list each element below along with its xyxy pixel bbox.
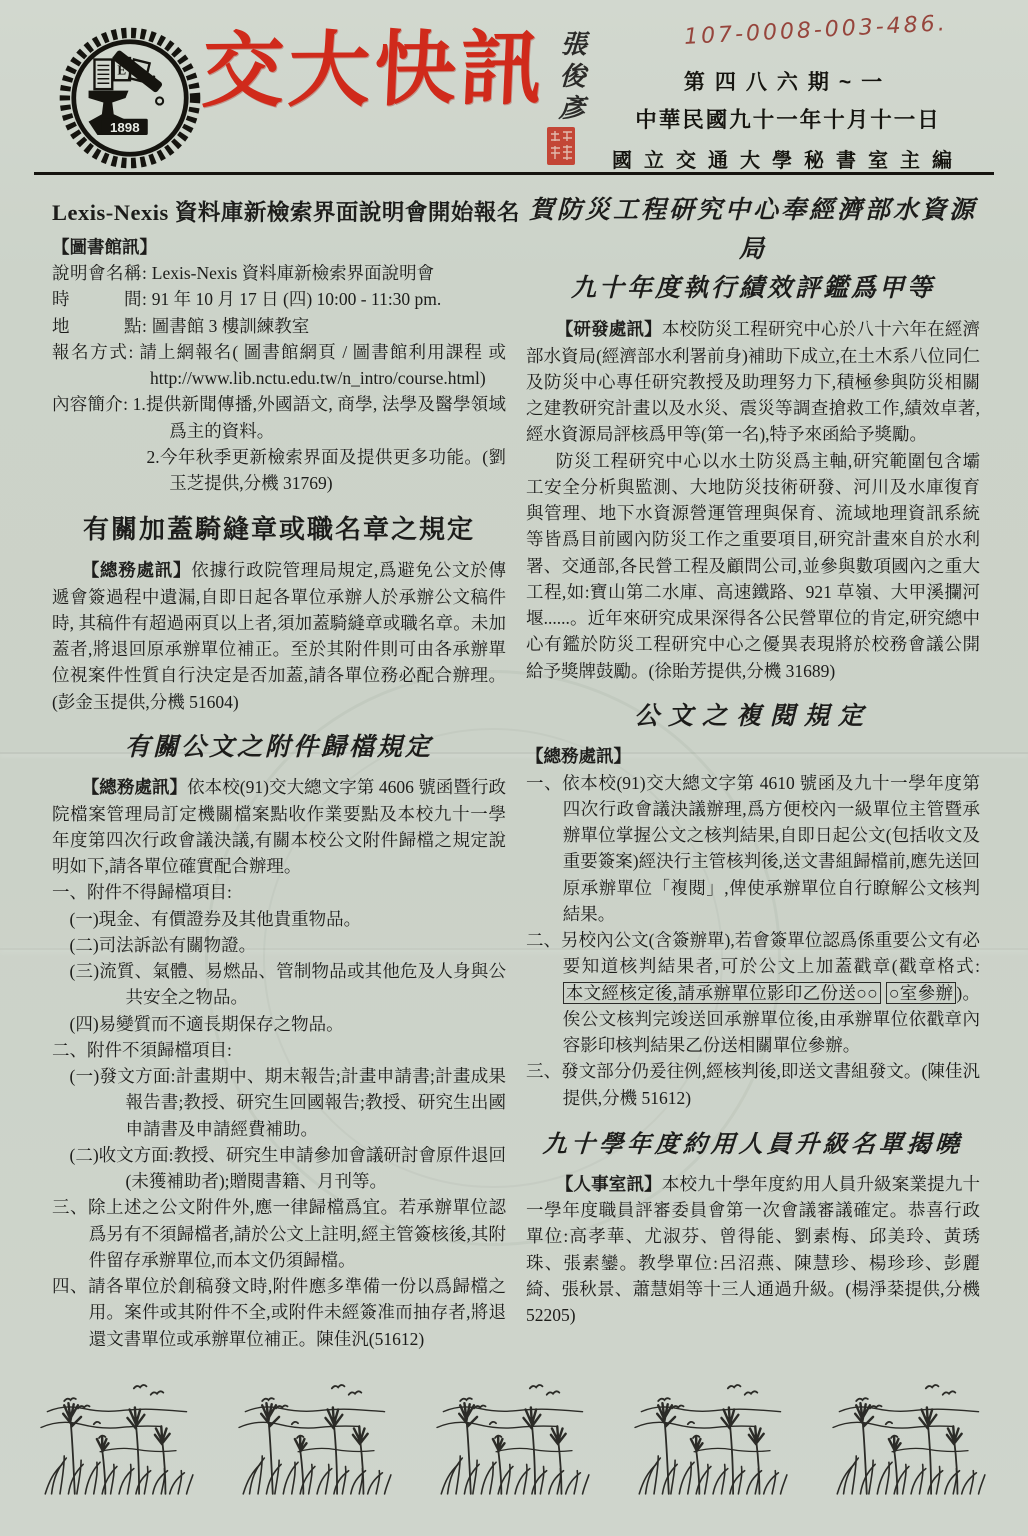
newsletter-page: E S A 1898 交大快訊 張俊彥 1 — [0, 0, 1028, 1536]
reeds-birds-illustration — [628, 1380, 796, 1496]
masthead-header: E S A 1898 交大快訊 張俊彥 1 — [0, 0, 1028, 190]
article-intro: 【總務處訊】依本校(91)交大總文字第 4606 號函暨行政院檔案管理局訂定機關… — [52, 774, 506, 879]
article-staff-promotion-list: 九十學年度約用人員升級名單揭曉 【人事室訊】本校九十學年度約用人員升級案業提九十… — [526, 1127, 980, 1329]
field-registration: 報名方式: 請上網報名( 圖書館網頁 / 圖書館利用課程 或 http://ww… — [52, 339, 506, 392]
article-paragraph: 防災工程研究中心以水土防災爲主軸,研究範圍包含壩工安全分析與監測、大地防災技術研… — [526, 448, 980, 684]
article-body: 【人事室訊】本校九十學年度約用人員升級案業提九十一學年度職員評審委員會第一次會議… — [526, 1171, 980, 1329]
list-item: (二)收文方面:教授、研究生申請參加會議研討會原件退回(未獲補助者);贈閱書籍、… — [52, 1142, 506, 1195]
field-label: 說明會名稱: — [52, 263, 147, 283]
list-item: 二、附件不須歸檔項目: — [52, 1037, 506, 1063]
publisher-line: 國立交通大學秘書室主編 — [578, 144, 998, 173]
list-item: 一、附件不得歸檔項目: — [52, 879, 506, 905]
article-source: 【研發處訊】 — [556, 319, 662, 339]
field-value: 2.今年秋季更新檢索界面及提供更多功能。(劉玉芝提供,分機 31769) — [147, 447, 507, 493]
article-source: 【總務處訊】 — [82, 560, 192, 580]
right-column: 賀防災工程研究中心奉經濟部水資源局九十年度執行績效評鑑爲甲等 【研發處訊】本校防… — [526, 190, 980, 1364]
university-seal-logo: E S A 1898 — [56, 24, 204, 172]
field-label: 地 點: — [52, 316, 147, 336]
list-item: (一)現金、有價證券及其他貴重物品。 — [52, 906, 506, 932]
list-item: 三、發文部分仍爰往例,經核判後,即送文書組發文。(陳佳汎提供,分機 51612) — [526, 1058, 980, 1111]
field-label: 內容簡介: — [52, 394, 128, 414]
field-label: 報名方式: — [52, 342, 134, 362]
field-location: 地 點: 圖書館 3 樓訓練教室 — [52, 313, 506, 339]
red-seal-stamp — [546, 126, 576, 166]
reeds-birds-illustration — [34, 1380, 202, 1496]
body-text: 二、另校內公文(含簽辦單),若會簽單位認爲係重要公文有必要知道核判結果者,可於公… — [526, 930, 980, 976]
reeds-birds-illustration — [232, 1380, 400, 1496]
article-stamp-rule: 有關加蓋騎縫章或職名章之規定 【總務處訊】依據行政院管理局規定,爲避免公文於傳遞… — [52, 510, 506, 715]
masthead-title: 交大快訊 — [200, 28, 556, 113]
article-source: 【總務處訊】 — [526, 743, 980, 769]
article-title: 九十學年度約用人員升級名單揭曉 — [525, 1127, 982, 1163]
content-columns: Lexis-Nexis 資料庫新檢索界面說明會開始報名 【圖書館訊】 說明會名稱… — [52, 190, 980, 1364]
list-item: 四、請各單位於創稿發文時,附件應多準備一份以爲歸檔之用。案件或其附件不全,或附件… — [52, 1273, 506, 1352]
field-label: 時 間: — [52, 289, 147, 309]
stamp-format-box-2: ○室參辦 — [886, 982, 957, 1004]
field-summary-2: 2.今年秋季更新檢索界面及提供更多功能。(劉玉芝提供,分機 31769) — [52, 444, 506, 497]
list-item: 三、除上述之公文附件外,應一律歸檔爲宜。若承辦單位認爲另有不須歸檔者,請於公文上… — [52, 1194, 506, 1273]
list-item: (三)流質、氣體、易燃品、管制物品或其他危及人身與公共安全之物品。 — [52, 958, 506, 1011]
body-text: 本校九十學年度約用人員升級案業提九十一學年度職員評審委員會第一次會議審議確定。恭… — [526, 1174, 980, 1325]
title-line-1: 賀防災工程研究中心奉經濟部水資源局 — [529, 197, 977, 263]
field-value: 請上網報名( 圖書館網頁 / 圖書館利用課程 或 http://www.lib.… — [139, 342, 506, 388]
article-source: 【人事室訊】 — [556, 1174, 662, 1194]
list-item: (二)司法訴訟有關物證。 — [52, 932, 506, 958]
issue-info-block: 第四八六期~一 中華民國九十一年十月十一日 國立交通大學秘書室主編 — [578, 66, 998, 173]
article-lexis-nexis: Lexis-Nexis 資料庫新檢索界面說明會開始報名 【圖書館訊】 說明會名稱… — [52, 196, 506, 496]
article-title: Lexis-Nexis 資料庫新檢索界面說明會開始報名 — [52, 196, 506, 230]
issue-date: 中華民國九十一年十月十一日 — [578, 103, 998, 134]
article-title: 有關加蓋騎縫章或職名章之規定 — [52, 510, 506, 549]
footer-decoration-band — [34, 1380, 994, 1496]
field-value: Lexis-Nexis 資料庫新檢索界面說明會 — [152, 263, 434, 283]
list-item: 一、依本校(91)交大總文字第 4610 號函及九十一學年度第四次行政會議決議辦… — [526, 770, 980, 928]
stamp-format-box-1: 本文經核定後,請承辦單位影印乙份送○○ — [563, 982, 881, 1004]
list-item: 二、另校內公文(含簽辦單),若會簽單位認爲係重要公文有必要知道核判結果者,可於公… — [526, 927, 980, 1058]
list-item: (一)發文方面:計畫期中、期末報告;計畫申請書;計畫成果報告書;教授、研究生回國… — [52, 1063, 506, 1142]
reeds-birds-illustration — [430, 1380, 598, 1496]
article-title: 公文之複閱規定 — [526, 698, 980, 736]
issue-number: 第四八六期~一 — [578, 66, 998, 96]
article-title: 賀防災工程研究中心奉經濟部水資源局九十年度執行績效評鑑爲甲等 — [526, 192, 980, 308]
field-summary-1: 內容簡介: 1.提供新聞傳播,外國語文, 商學, 法學及醫學領域爲主的資料。 — [52, 391, 506, 444]
article-disaster-center-award: 賀防災工程研究中心奉經濟部水資源局九十年度執行績效評鑑爲甲等 【研發處訊】本校防… — [526, 192, 980, 684]
handwritten-reference-number: 107-0008-003-486. — [684, 11, 949, 50]
body-text: 依據行政院管理局規定,爲避免公文於傳遞會簽過程中遺漏,自即日起各單位承辦人於承辦… — [52, 560, 506, 711]
header-divider-rule — [34, 172, 994, 175]
title-line-2: 九十年度執行績效評鑑爲甲等 — [571, 275, 935, 302]
field-time: 時 間: 91 年 10 月 17 日 (四) 10:00 - 11:30 pm… — [52, 286, 506, 312]
field-value: 1.提供新聞傳播,外國語文, 商學, 法學及醫學領域爲主的資料。 — [133, 394, 506, 440]
article-source: 【圖書館訊】 — [52, 234, 506, 260]
reeds-birds-illustration — [826, 1380, 994, 1496]
field-session-name: 說明會名稱: Lexis-Nexis 資料庫新檢索界面說明會 — [52, 260, 506, 286]
article-body: 【總務處訊】依據行政院管理局規定,爲避免公文於傳遞會簽過程中遺漏,自即日起各單位… — [52, 557, 506, 715]
list-item: (四)易變質而不適長期保存之物品。 — [52, 1011, 506, 1037]
field-value: 圖書館 3 樓訓練教室 — [152, 316, 310, 336]
field-value: 91 年 10 月 17 日 (四) 10:00 - 11:30 pm. — [152, 289, 442, 309]
article-source: 【總務處訊】 — [82, 777, 187, 797]
article-paragraph: 【研發處訊】本校防災工程研究中心於八十六年在經濟部水資局(經濟部水利署前身)補助… — [526, 316, 980, 447]
article-title: 有關公文之附件歸檔規定 — [52, 729, 506, 767]
article-document-review-rule: 公文之複閱規定 【總務處訊】 一、依本校(91)交大總文字第 4610 號函及九… — [526, 698, 980, 1111]
left-column: Lexis-Nexis 資料庫新檢索界面說明會開始報名 【圖書館訊】 說明會名稱… — [52, 190, 506, 1364]
article-attachment-filing-rule: 有關公文之附件歸檔規定 【總務處訊】依本校(91)交大總文字第 4606 號函暨… — [52, 729, 506, 1352]
logo-year: 1898 — [110, 120, 140, 135]
